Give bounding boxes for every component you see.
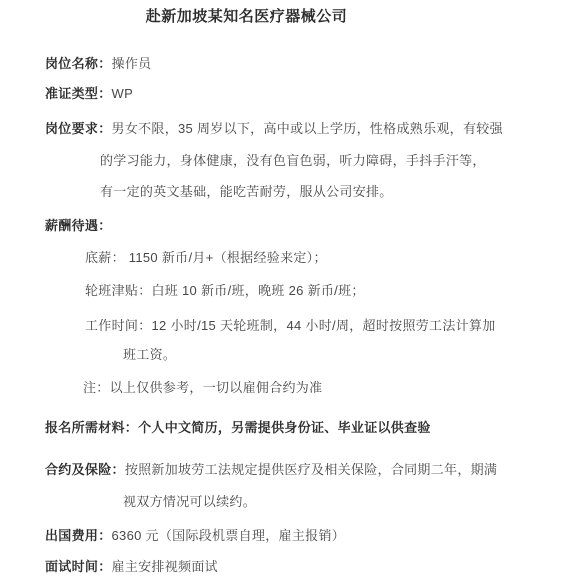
field-salary-section: 薪酬待遇： [45,216,112,236]
contract-insurance-line-2: 视双方情况可以续约。 [123,492,256,512]
contract-insurance-label: 合约及保险： [45,462,125,477]
field-interview-time: 面试时间：雇主安排视频面试 [45,557,218,577]
field-contract-insurance: 合约及保险：按照新加坡劳工法规定提供医疗及相关保险，合同期二年，期满 [45,460,497,480]
field-overseas-cost: 出国费用：6360 元（国际段机票自理，雇主报销） [45,526,345,546]
application-materials-value: 个人中文简历，另需提供身份证、毕业证以供查验 [138,420,431,435]
application-materials-label: 报名所需材料： [45,420,138,435]
overseas-cost-label: 出国费用： [45,528,112,543]
overseas-cost-value: 6360 元（国际段机票自理，雇主报销） [112,528,346,543]
interview-time-label: 面试时间： [45,559,112,574]
field-job-requirements: 岗位要求：男女不限，35 周岁以下，高中或以上学历，性格成熟乐观，有较强 [45,119,503,139]
document-title: 赴新加坡某知名医疗器械公司 [0,6,493,28]
salary-section-label: 薪酬待遇： [45,218,112,233]
field-permit-type: 准证类型：WP [45,84,133,104]
salary-shift-allowance-line: 轮班津贴：白班 10 新币/班，晚班 26 新币/班； [85,281,365,301]
field-application-materials: 报名所需材料：个人中文简历，另需提供身份证、毕业证以供查验 [45,418,431,438]
job-requirements-label: 岗位要求： [45,121,112,136]
salary-working-hours-line-1: 工作时间：12 小时/15 天轮班制，44 小时/周，超时按照劳工法计算加 [85,316,496,336]
salary-note-line: 注：以上仅供参考，一切以雇佣合约为准 [83,378,322,398]
salary-working-hours-line-2: 班工资。 [123,345,176,365]
field-position-name: 岗位名称：操作员 [45,54,151,74]
salary-base-line: 底薪： 1150 新币/月+（根据经验来定）； [85,248,327,268]
position-name-value: 操作员 [112,56,152,71]
contract-insurance-line-1: 按照新加坡劳工法规定提供医疗及相关保险，合同期二年，期满 [125,462,497,477]
job-posting-document: 赴新加坡某知名医疗器械公司 岗位名称：操作员 准证类型：WP 岗位要求：男女不限… [0,0,568,582]
interview-time-value: 雇主安排视频面试 [112,559,218,574]
permit-type-value: WP [112,86,134,101]
job-requirements-line-2: 的学习能力，身体健康，没有色盲色弱，听力障碍，手抖手汗等， [100,151,486,171]
position-name-label: 岗位名称： [45,56,112,71]
job-requirements-line-3: 有一定的英文基础，能吃苦耐劳，服从公司安排。 [100,182,393,202]
permit-type-label: 准证类型： [45,86,112,101]
job-requirements-line-1: 男女不限，35 周岁以下，高中或以上学历，性格成熟乐观，有较强 [112,121,503,136]
